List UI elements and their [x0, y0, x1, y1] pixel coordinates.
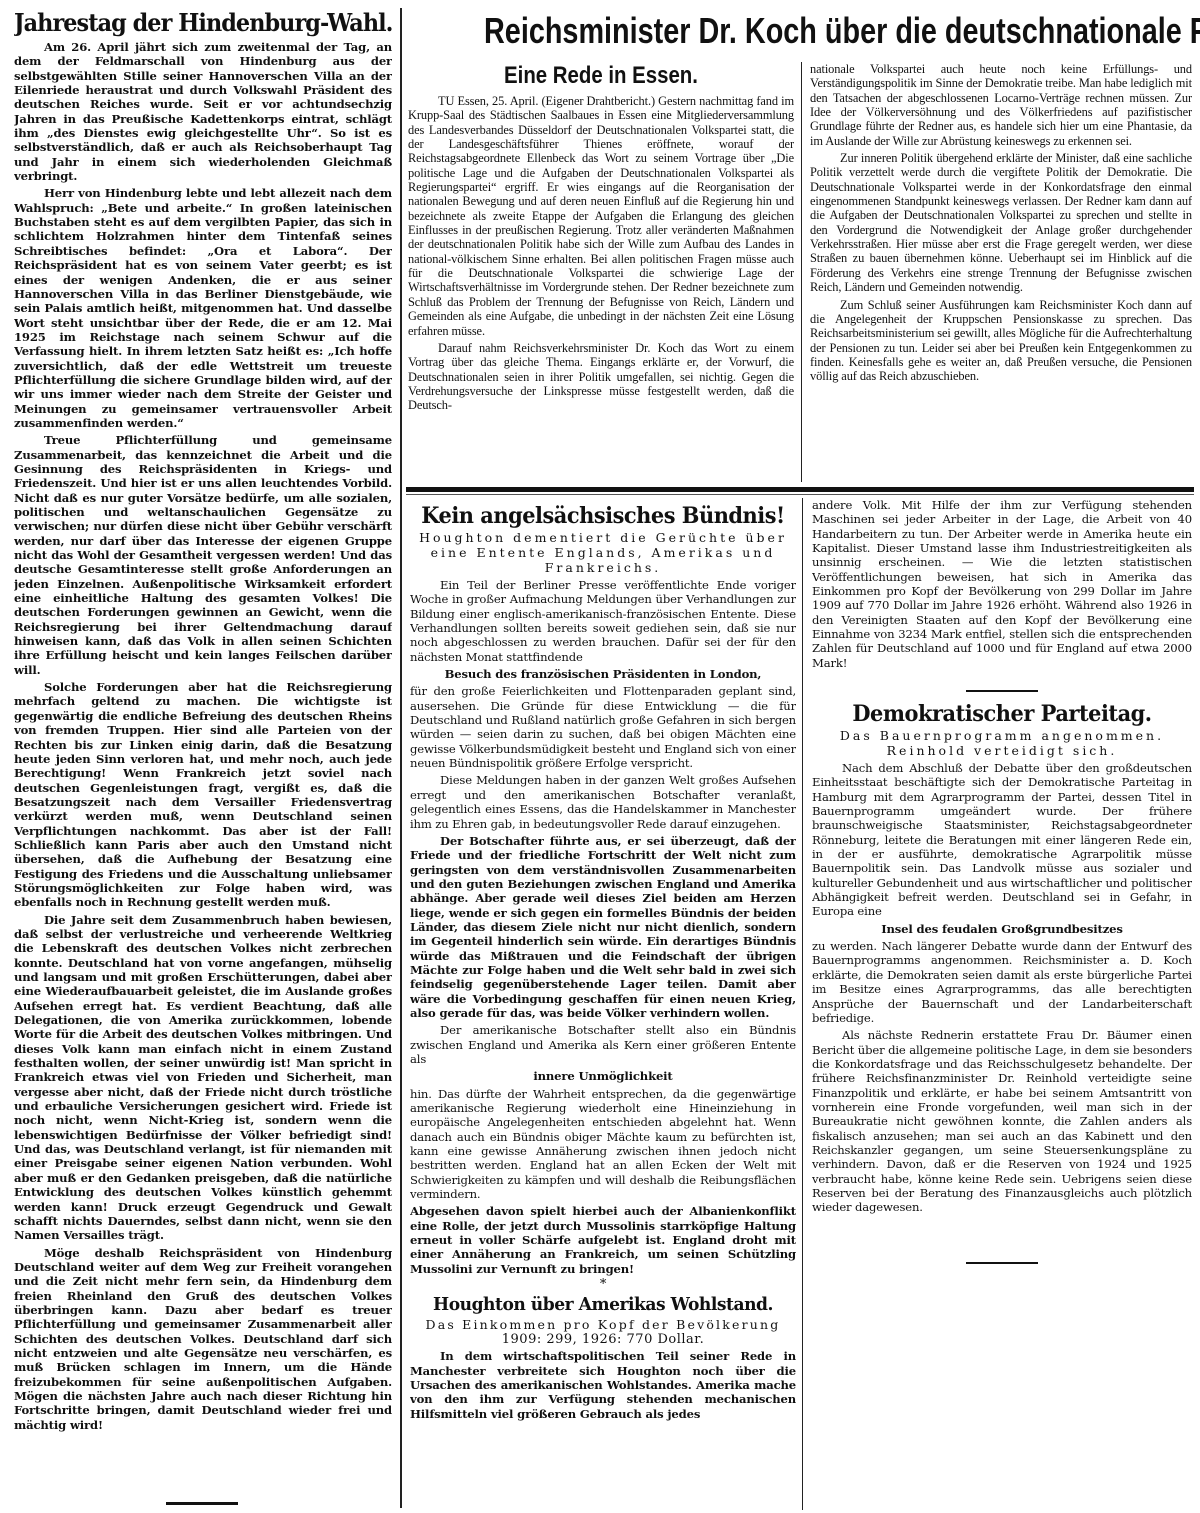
paragraph: Treue Pflichterfüllung und gemeinsame Zu… — [14, 433, 392, 677]
headline-parteitag: Demokratischer Parteitag. — [822, 700, 1183, 728]
article-parteitag: Demokratischer Parteitag. Das Bauernprog… — [812, 700, 1192, 1260]
paragraph: Der Botschafter führte aus, er sei überz… — [410, 834, 796, 1020]
subheadline-wohlstand-1: Das Einkommen pro Kopf der Bevölkerung — [410, 1317, 796, 1332]
paragraph: Zum Schluß seiner Ausführungen kam Reich… — [810, 298, 1192, 384]
paragraph: In dem wirtschaftspolitischen Teil seine… — [410, 1349, 796, 1421]
column-divider — [802, 498, 803, 1510]
headline-hindenburg: Jahrestag der Hindenburg-Wahl. — [14, 8, 366, 38]
paragraph: Nach dem Abschluß der Debatte über den g… — [812, 761, 1192, 919]
paragraph: Der amerikanische Botschafter stellt als… — [410, 1023, 796, 1066]
paragraph: Darauf nahm Reichsverkehrsminister Dr. K… — [408, 341, 794, 413]
article-body-hindenburg: Am 26. April jährt sich zum zweitenmal d… — [14, 40, 392, 1432]
paragraph: nationale Volkspartei auch heute noch ke… — [810, 62, 1192, 148]
subheadline-wohlstand-2: 1909: 299, 1926: 770 Dollar. — [410, 1332, 796, 1347]
subheadline-buendnis: Houghton dementiert die Gerüchte über ei… — [412, 530, 794, 575]
paragraph: TU Essen, 25. April. (Eigener Drahtberic… — [408, 94, 794, 338]
paragraph: Diese Meldungen haben in der ganzen Welt… — [410, 773, 796, 830]
section-divider-thin — [406, 494, 1194, 495]
paragraph: Möge deshalb Reichspräsident von Hindenb… — [14, 1246, 392, 1432]
headline-buendnis: Kein angelsächsisches Bündnis! — [420, 502, 787, 530]
paragraph: Solche Forderungen aber hat die Reichsre… — [14, 680, 392, 910]
section-divider — [406, 487, 1194, 492]
paragraph: hin. Das dürfte der Wahrheit entsprechen… — [410, 1087, 796, 1202]
paragraph: Abgesehen davon spielt hierbei auch der … — [410, 1204, 796, 1276]
paragraph: andere Volk. Mit Hilfe der ihm zur Verfü… — [812, 498, 1192, 670]
subheadline-koch: Eine Rede in Essen. — [437, 62, 765, 90]
paragraph: für den große Feierlichkeiten und Flotte… — [410, 684, 796, 770]
column-divider — [801, 62, 802, 482]
subheadline-parteitag-1: Das Bauernprogramm angenommen. — [812, 728, 1192, 743]
paragraph: Als nächste Rednerin erstattete Frau Dr.… — [812, 1028, 1192, 1214]
end-rule — [966, 690, 1038, 692]
paragraph: zu werden. Nach längerer Debatte wurde d… — [812, 939, 1192, 1025]
paragraph: Herr von Hindenburg lebte und lebt allez… — [14, 186, 392, 430]
article-wohlstand-continued: andere Volk. Mit Hilfe der ihm zur Verfü… — [812, 498, 1192, 694]
separator-asterisk: * — [410, 1279, 796, 1291]
headline-koch: Reichsminister Dr. Koch über die deutsch… — [484, 8, 1116, 54]
paragraph: Zur inneren Politik übergehend erklärte … — [810, 151, 1192, 294]
interline-heading: Besuch des französischen Präsidenten in … — [410, 667, 796, 681]
article-koch-col2: nationale Volkspartei auch heute noch ke… — [810, 62, 1192, 486]
end-rule — [166, 1502, 238, 1505]
subheadline-parteitag-2: Reinhold verteidigt sich. — [812, 743, 1192, 758]
article-koch-col1: Eine Rede in Essen. TU Essen, 25. April.… — [408, 62, 794, 486]
interline-heading: innere Unmöglichkeit — [410, 1069, 796, 1083]
article-buendnis: Kein angelsächsisches Bündnis! Houghton … — [410, 502, 796, 1512]
interline-heading: Insel des feudalen Großgrundbesitzes — [812, 922, 1192, 936]
article-hindenburg: Jahrestag der Hindenburg-Wahl. Am 26. Ap… — [14, 8, 392, 1508]
paragraph: Ein Teil der Berliner Presse veröffentli… — [410, 578, 796, 664]
paragraph: Am 26. April jährt sich zum zweitenmal d… — [14, 40, 392, 183]
column-divider — [400, 8, 402, 1508]
end-rule — [966, 1262, 1038, 1264]
headline-wohlstand: Houghton über Amerikas Wohlstand. — [420, 1293, 787, 1317]
paragraph: Die Jahre seit dem Zusammenbruch haben b… — [14, 913, 392, 1243]
